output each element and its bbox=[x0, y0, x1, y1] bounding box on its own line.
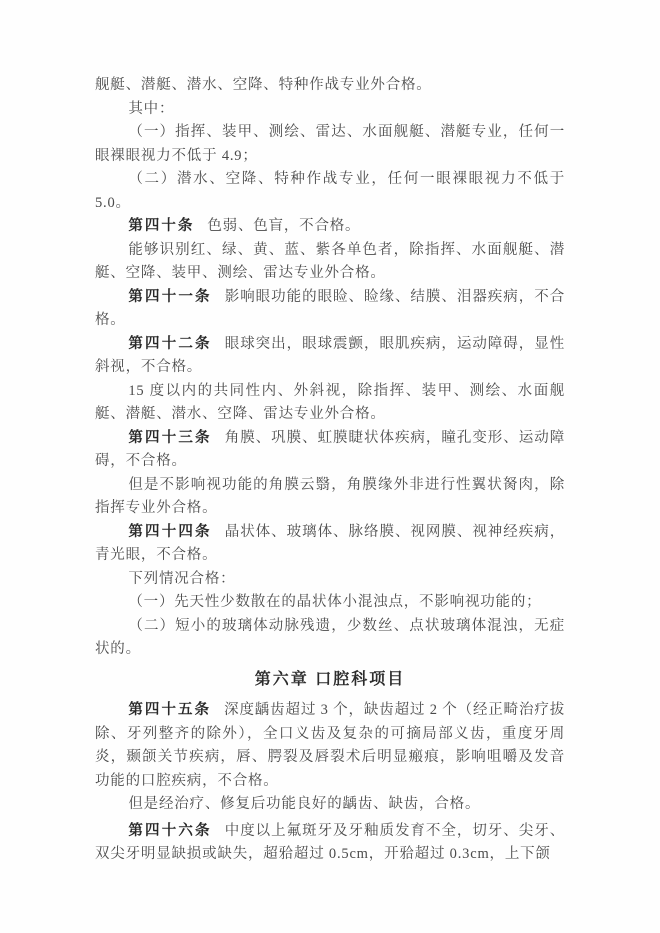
chapter-heading: 第六章 口腔科项目 bbox=[95, 668, 565, 692]
body-paragraph: （一）先天性少数散在的晶状体小混浊点，不影响视功能的； bbox=[95, 591, 565, 615]
article-paragraph: 第四十一条影响眼功能的眼睑、睑缘、结膜、泪器疾病，不合格。 bbox=[95, 286, 565, 333]
article-paragraph: 第四十四条晶状体、玻璃体、脉络膜、视网膜、视神经疾病，青光眼，不合格。 bbox=[95, 521, 565, 568]
body-paragraph: 15 度以内的共同性内、外斜视，除指挥、装甲、测绘、水面舰艇、潜艇、潜水、空降、… bbox=[95, 380, 565, 427]
article-paragraph: 第四十五条深度龋齿超过 3 个，缺齿超过 2 个（经正畸治疗拔除、牙列整齐的除外… bbox=[95, 699, 565, 793]
article-number-label: 第四十四条 bbox=[128, 524, 211, 540]
body-paragraph: （二）短小的玻璃体动脉残遗，少数丝、点状玻璃体混浊，无症状的。 bbox=[95, 615, 565, 662]
body-paragraph: 其中： bbox=[95, 98, 565, 122]
article-paragraph: 第四十三条角膜、巩膜、虹膜睫状体疾病，瞳孔变形、运动障碍，不合格。 bbox=[95, 427, 565, 474]
article-number-label: 第四十条 bbox=[128, 218, 194, 234]
article-number-label: 第四十一条 bbox=[128, 289, 211, 305]
body-paragraph: 下列情况合格： bbox=[95, 568, 565, 592]
article-paragraph: 第四十条色弱、色盲，不合格。 bbox=[95, 215, 565, 239]
article-number-label: 第四十三条 bbox=[128, 430, 211, 446]
body-paragraph: 但是经治疗、修复后功能良好的龋齿、缺齿，合格。 bbox=[95, 793, 565, 817]
article-number-label: 第四十六条 bbox=[128, 823, 211, 839]
article-text: 色弱、色盲，不合格。 bbox=[207, 218, 360, 234]
document-page: 舰艇、潜艇、潜水、空降、特种作战专业外合格。其中：（一）指挥、装甲、测绘、雷达、… bbox=[0, 0, 660, 933]
article-paragraph: 第四十六条中度以上氟斑牙及牙釉质发育不全，切牙、尖牙、双尖牙明显缺损或缺失，超𬌗… bbox=[95, 820, 565, 867]
body-paragraph: （二）潜水、空降、特种作战专业，任何一眼裸眼视力不低于 5.0。 bbox=[95, 168, 565, 215]
body-paragraph: 但是不影响视功能的角膜云翳，角膜缘外非进行性翼状胬肉，除指挥专业外合格。 bbox=[95, 474, 565, 521]
body-paragraph: 能够识别红、绿、黄、蓝、紫各单色者，除指挥、水面舰艇、潜艇、空降、装甲、测绘、雷… bbox=[95, 239, 565, 286]
body-paragraph: （一）指挥、装甲、测绘、雷达、水面舰艇、潜艇专业，任何一眼裸眼视力不低于 4.9… bbox=[95, 121, 565, 168]
article-number-label: 第四十二条 bbox=[128, 336, 211, 352]
article-paragraph: 第四十二条眼球突出，眼球震颤，眼肌疾病，运动障碍，显性斜视，不合格。 bbox=[95, 333, 565, 380]
body-paragraph: 舰艇、潜艇、潜水、空降、特种作战专业外合格。 bbox=[95, 74, 565, 98]
page-content: 舰艇、潜艇、潜水、空降、特种作战专业外合格。其中：（一）指挥、装甲、测绘、雷达、… bbox=[95, 74, 565, 867]
article-number-label: 第四十五条 bbox=[128, 702, 211, 718]
